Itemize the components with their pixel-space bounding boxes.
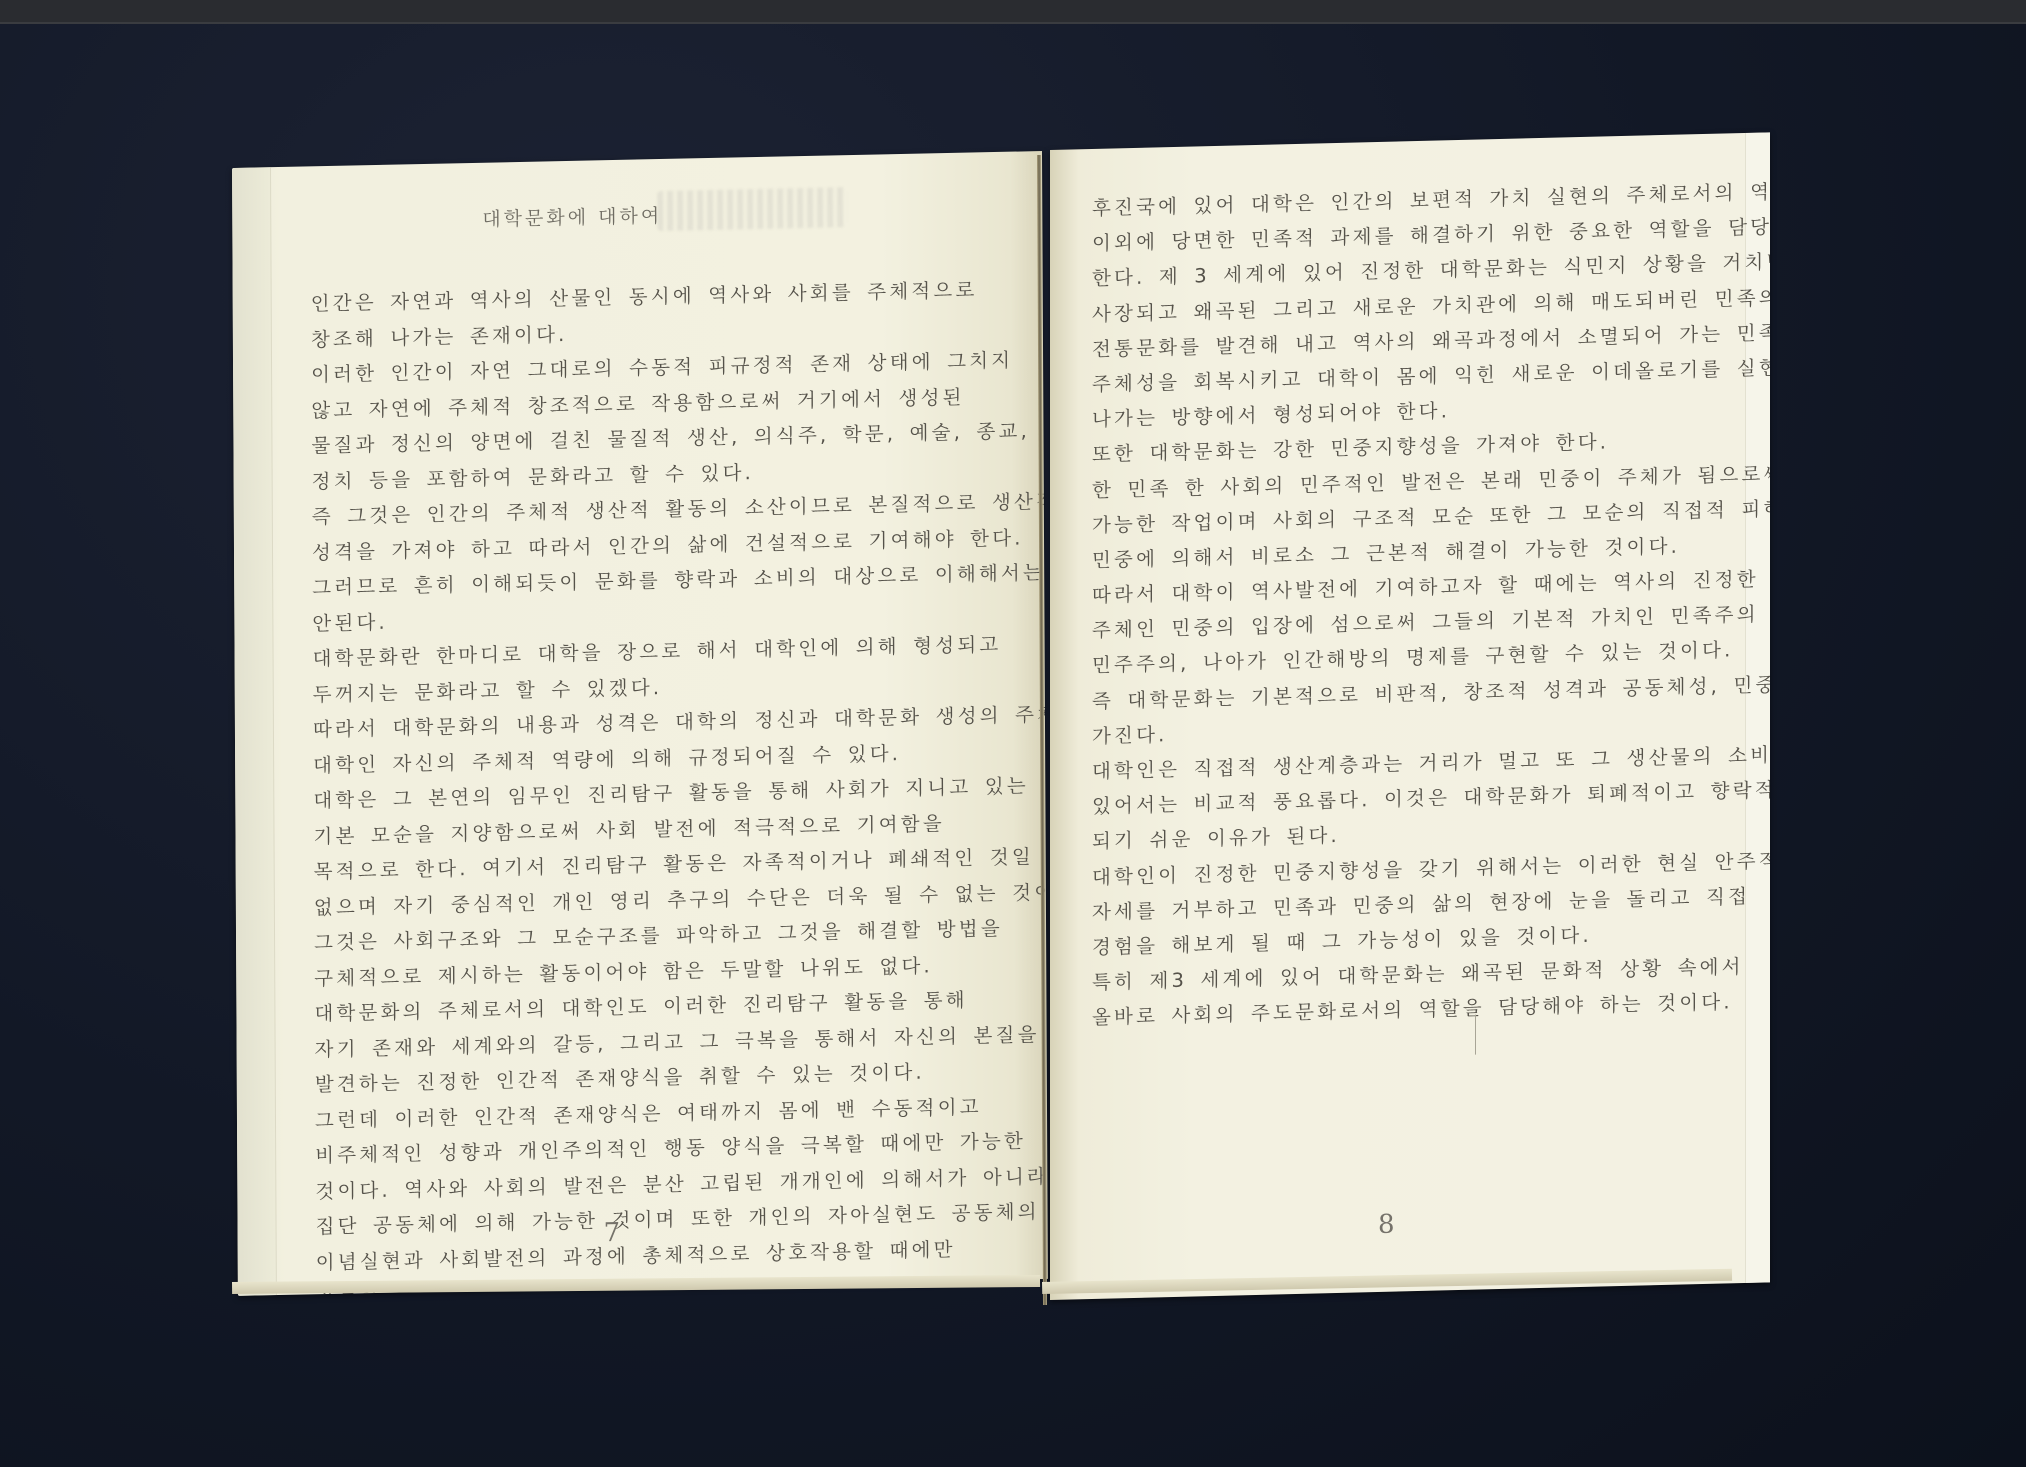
open-booklet: 대학문화에 대하여 인간은 자연과 역사의 산물인 동시에 역사와 사회를 주체… bbox=[0, 0, 2026, 1467]
faded-stamp-mark bbox=[657, 187, 847, 231]
left-page-edge bbox=[232, 167, 277, 1296]
document-title: 대학문화에 대하여 bbox=[482, 201, 662, 232]
left-page-body: 인간은 자연과 역사의 산물인 동시에 역사와 사회를 주체적으로 창조해 나가… bbox=[311, 270, 1048, 1296]
right-page: 후진국에 있어 대학은 인간의 보편적 가치 실현의 주체로서의 역할 이외에 … bbox=[1050, 132, 1770, 1300]
ink-mark bbox=[1475, 1015, 1476, 1055]
left-page: 대학문화에 대하여 인간은 자연과 역사의 산물인 동시에 역사와 사회를 주체… bbox=[232, 151, 1048, 1296]
page-number-left: 7 bbox=[604, 1218, 621, 1248]
page-number-right: 8 bbox=[1378, 1210, 1395, 1240]
right-page-body: 후진국에 있어 대학은 인간의 보편적 가치 실현의 주체로서의 역할 이외에 … bbox=[1092, 172, 1770, 1036]
